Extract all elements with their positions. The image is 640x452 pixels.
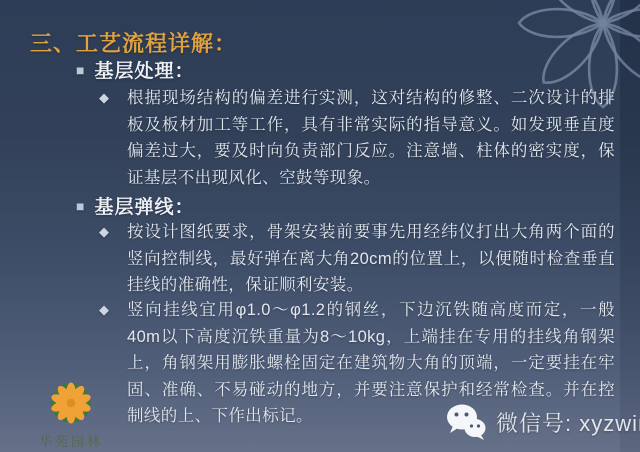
bullet-paragraph: ◆ 按设计图纸要求，骨架安装前要事先用经纬仪打出大角两个面的竖向控制线，最好弹在… — [99, 219, 615, 299]
flower-logo-icon — [48, 381, 94, 425]
wechat-contact: 微信号: xyzwin — [446, 404, 640, 440]
company-logo-text: 华苑园林 — [36, 431, 106, 450]
section-heading-label: 基层处理： — [94, 56, 194, 83]
diamond-bullet-icon: ◆ — [99, 85, 127, 191]
diamond-bullet-icon: ◆ — [99, 219, 127, 299]
bullet-text: 按设计图纸要求，骨架安装前要事先用经纬仪打出大角两个面的竖向控制线，最好弹在离大… — [127, 219, 615, 299]
section-heading-base-snapping-line: ■ 基层弹线： — [76, 192, 194, 219]
wechat-id-label: 微信号: xyzwin — [496, 407, 640, 438]
slide-title: 三、工艺流程详解： — [30, 27, 237, 58]
bullet-paragraph: ◆ 根据现场结构的偏差进行实测，这对结构的修整、二次设计的排板及板材加工等工作，… — [99, 85, 615, 191]
presentation-slide: 三、工艺流程详解： ■ 基层处理： ◆ 根据现场结构的偏差进行实测，这对结构的修… — [0, 0, 640, 452]
bullet-text: 根据现场结构的偏差进行实测，这对结构的修整、二次设计的排板及板材加工等工作，具有… — [127, 85, 615, 191]
company-logo: 华苑园林 — [36, 381, 106, 450]
wechat-icon — [446, 404, 486, 440]
square-bullet-icon: ■ — [76, 199, 84, 213]
square-bullet-icon: ■ — [76, 63, 84, 77]
section-heading-base-treatment: ■ 基层处理： — [76, 56, 194, 83]
section-heading-label: 基层弹线： — [94, 192, 194, 219]
